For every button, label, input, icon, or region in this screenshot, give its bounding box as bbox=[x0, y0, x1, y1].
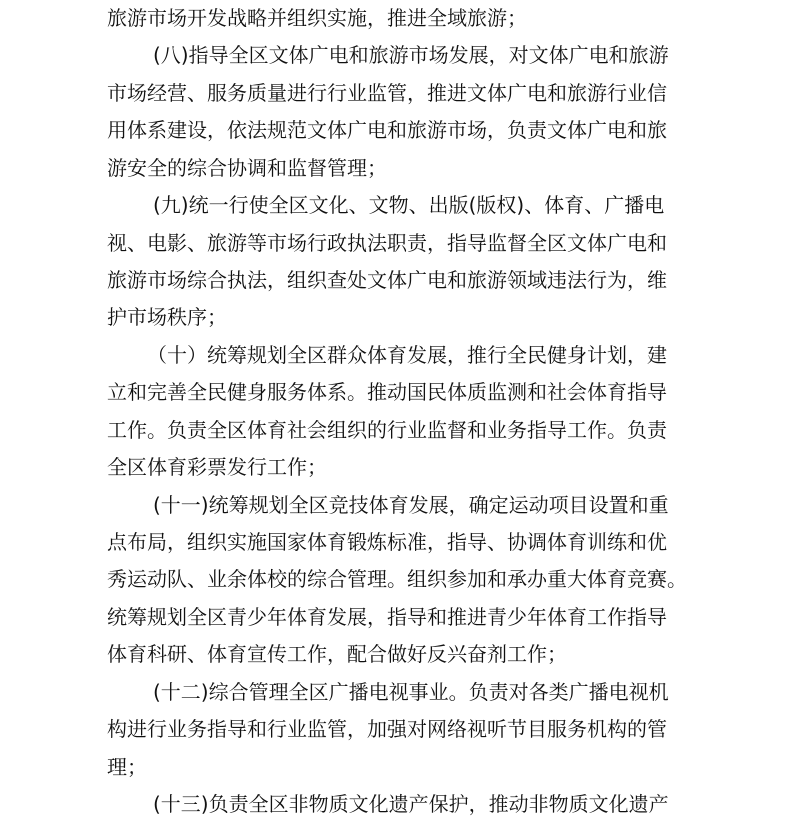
text-line: 游安全的综合协调和监督管理； bbox=[107, 150, 387, 187]
text-line: 旅游市场综合执法，组织查处文体广电和旅游领域违法行为，维 bbox=[107, 262, 667, 299]
paragraph-9-start: (九)统一行使全区文化、文物、出版(版权)、体育、广播电 bbox=[153, 187, 664, 224]
text-line: 市场经营、服务质量进行行业监管，推进文体广电和旅游行业信 bbox=[107, 75, 667, 112]
text-line: 理； bbox=[107, 749, 147, 786]
text-line: 立和完善全民健身服务体系。推动国民体质监测和社会体育指导 bbox=[107, 374, 667, 411]
text-line: 构进行业务指导和行业监管，加强对网络视听节目服务机构的管 bbox=[107, 711, 667, 748]
paragraph-13-start: (十三)负责全区非物质文化遗产保护，推动非物质文化遗产 bbox=[153, 786, 669, 822]
text-line: 统筹规划全区青少年体育发展，指导和推进青少年体育工作指导 bbox=[107, 599, 667, 636]
text-line: 用体系建设，依法规范文体广电和旅游市场，负责文体广电和旅 bbox=[107, 112, 667, 149]
text-line: 视、电影、旅游等市场行政执法职责，指导监督全区文体广电和 bbox=[107, 225, 667, 262]
text-line: 点布局，组织实施国家体育锻炼标准，指导、协调体育训练和优 bbox=[107, 524, 667, 561]
text-line: 全区体育彩票发行工作； bbox=[107, 449, 327, 486]
text-line: 体育科研、体育宣传工作，配合做好反兴奋剂工作； bbox=[107, 636, 567, 673]
text-line: 工作。负责全区体育社会组织的行业监督和业务指导工作。负责 bbox=[107, 412, 667, 449]
paragraph-10-start: （十）统筹规划全区群众体育发展，推行全民健身计划，建 bbox=[147, 337, 667, 374]
paragraph-8-start: (八)指导全区文体广电和旅游市场发展，对文体广电和旅游 bbox=[153, 37, 669, 74]
paragraph-12-start: (十二)综合管理全区广播电视事业。负责对各类广播电视机 bbox=[153, 674, 669, 711]
text-line: 护市场秩序； bbox=[107, 299, 227, 336]
paragraph-11-start: (十一)统筹规划全区竞技体育发展，确定运动项目设置和重 bbox=[153, 487, 669, 524]
text-line: 旅游市场开发战略并组织实施，推进全域旅游； bbox=[107, 0, 527, 37]
text-line: 秀运动队、业余体校的综合管理。组织参加和承办重大体育竞赛。 bbox=[107, 561, 687, 598]
